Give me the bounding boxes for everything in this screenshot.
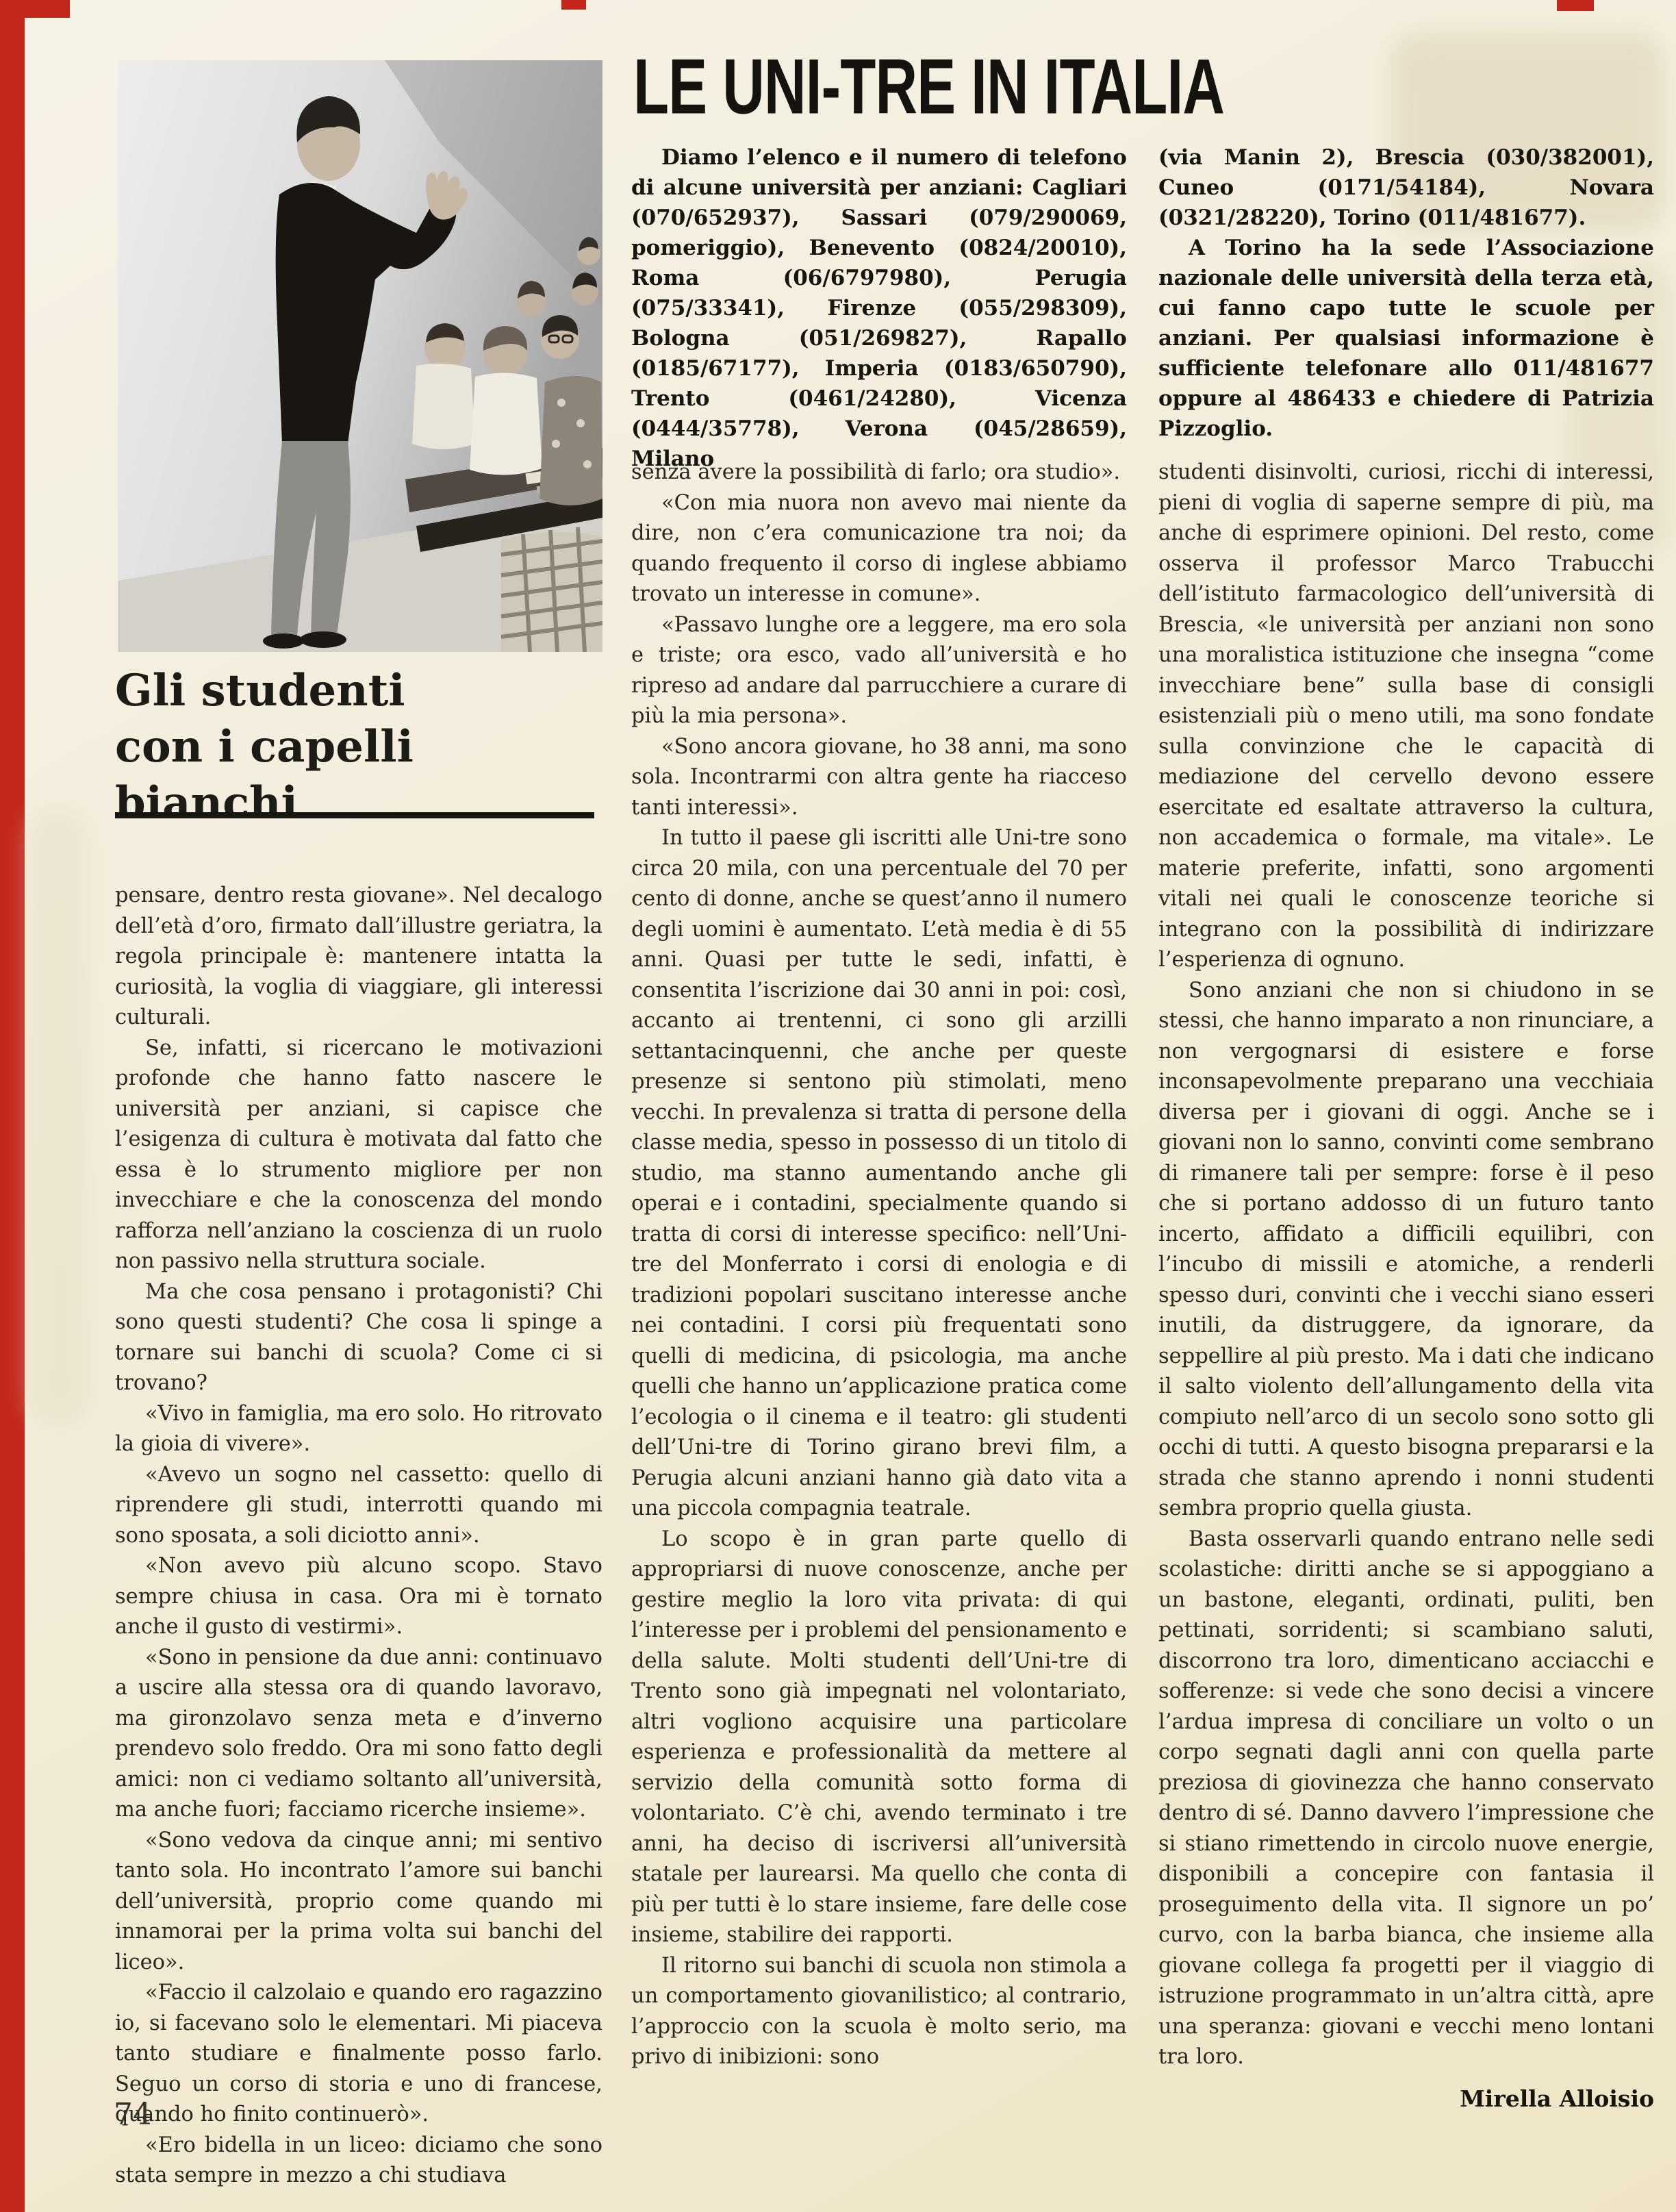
bleed-through-ghost [27, 808, 89, 1424]
body-paragraph: Il ritorno sui banchi di scuola non stim… [631, 1951, 1127, 2073]
subheading-line-1: Gli studenti [115, 663, 602, 719]
classroom-photo [118, 60, 602, 652]
magazine-page: LE UNI-TRE IN ITALIA Diamo l’elenco e il… [0, 0, 1676, 2212]
crop-mark-top-left [0, 0, 70, 18]
crop-mark-top-middle [561, 0, 586, 10]
body-paragraph: pensare, dentro resta giovane». Nel deca… [115, 881, 602, 1033]
crop-mark-top-right [1557, 0, 1594, 11]
page-number: 74 [114, 2097, 152, 2132]
body-column-middle: senza avere la possibilità di farlo; ora… [631, 457, 1127, 2073]
body-paragraph: «Con mia nuora non avevo mai niente da d… [631, 488, 1127, 610]
article-headline: LE UNI-TRE IN ITALIA [633, 52, 1354, 123]
body-paragraph: Lo scopo è in gran parte quello di appro… [631, 1524, 1127, 1951]
body-paragraph: «Sono ancora giovane, ho 38 anni, ma son… [631, 732, 1127, 824]
body-paragraph: «Non avevo più alcuno scopo. Stavo sempr… [115, 1551, 602, 1643]
article-headline-text: LE UNI-TRE IN ITALIA [633, 48, 1224, 126]
body-paragraph: «Sono in pensione da due anni: continuav… [115, 1643, 602, 1826]
body-paragraph: «Passavo lunghe ore a leggere, ma ero so… [631, 610, 1127, 732]
body-paragraph: «Avevo un sogno nel cassetto: quello di … [115, 1460, 602, 1552]
intro-paragraph: (via Manin 2), Brescia (030/382001), Cun… [1158, 142, 1654, 233]
body-paragraph: «Ero bidella in un liceo: diciamo che so… [115, 2131, 602, 2191]
divider-rule [115, 812, 594, 818]
body-column-right: studenti disinvolti, curiosi, ricchi di … [1158, 457, 1654, 2114]
red-spine-bar [0, 0, 25, 2212]
body-paragraph: In tutto il paese gli iscritti alle Uni-… [631, 823, 1127, 1524]
body-paragraph: «Sono vedova da cinque anni; mi sentivo … [115, 1826, 602, 1978]
body-paragraph: Se, infatti, si ricercano le motivazioni… [115, 1033, 602, 1277]
classroom-photo-illustration [118, 60, 602, 652]
body-paragraph: senza avere la possibilità di farlo; ora… [631, 457, 1127, 488]
body-paragraph: Sono anziani che non si chiudono in se s… [1158, 976, 1654, 1524]
author-byline: Mirella Alloisio [1158, 2084, 1654, 2115]
body-column-left: pensare, dentro resta giovane». Nel deca… [115, 881, 602, 2191]
body-paragraph: Ma che cosa pensano i protagonisti? Chi … [115, 1277, 602, 1399]
intro-paragraph: Diamo l’elenco e il numero di telefono d… [631, 142, 1127, 474]
section-subheading: Gli studenti con i capelli bianchi [115, 663, 602, 831]
body-paragraph: «Faccio il calzolaio e quando ero ragazz… [115, 1978, 602, 2131]
intro-column-left: Diamo l’elenco e il numero di telefono d… [631, 142, 1127, 474]
intro-paragraph: A Torino ha la sede l’Associazione nazio… [1158, 233, 1654, 444]
body-paragraph: Basta osservarli quando entrano nelle se… [1158, 1524, 1654, 2073]
body-paragraph: studenti disinvolti, curiosi, ricchi di … [1158, 457, 1654, 976]
intro-column-right: (via Manin 2), Brescia (030/382001), Cun… [1158, 142, 1654, 444]
body-paragraph: «Vivo in famiglia, ma ero solo. Ho ritro… [115, 1399, 602, 1460]
